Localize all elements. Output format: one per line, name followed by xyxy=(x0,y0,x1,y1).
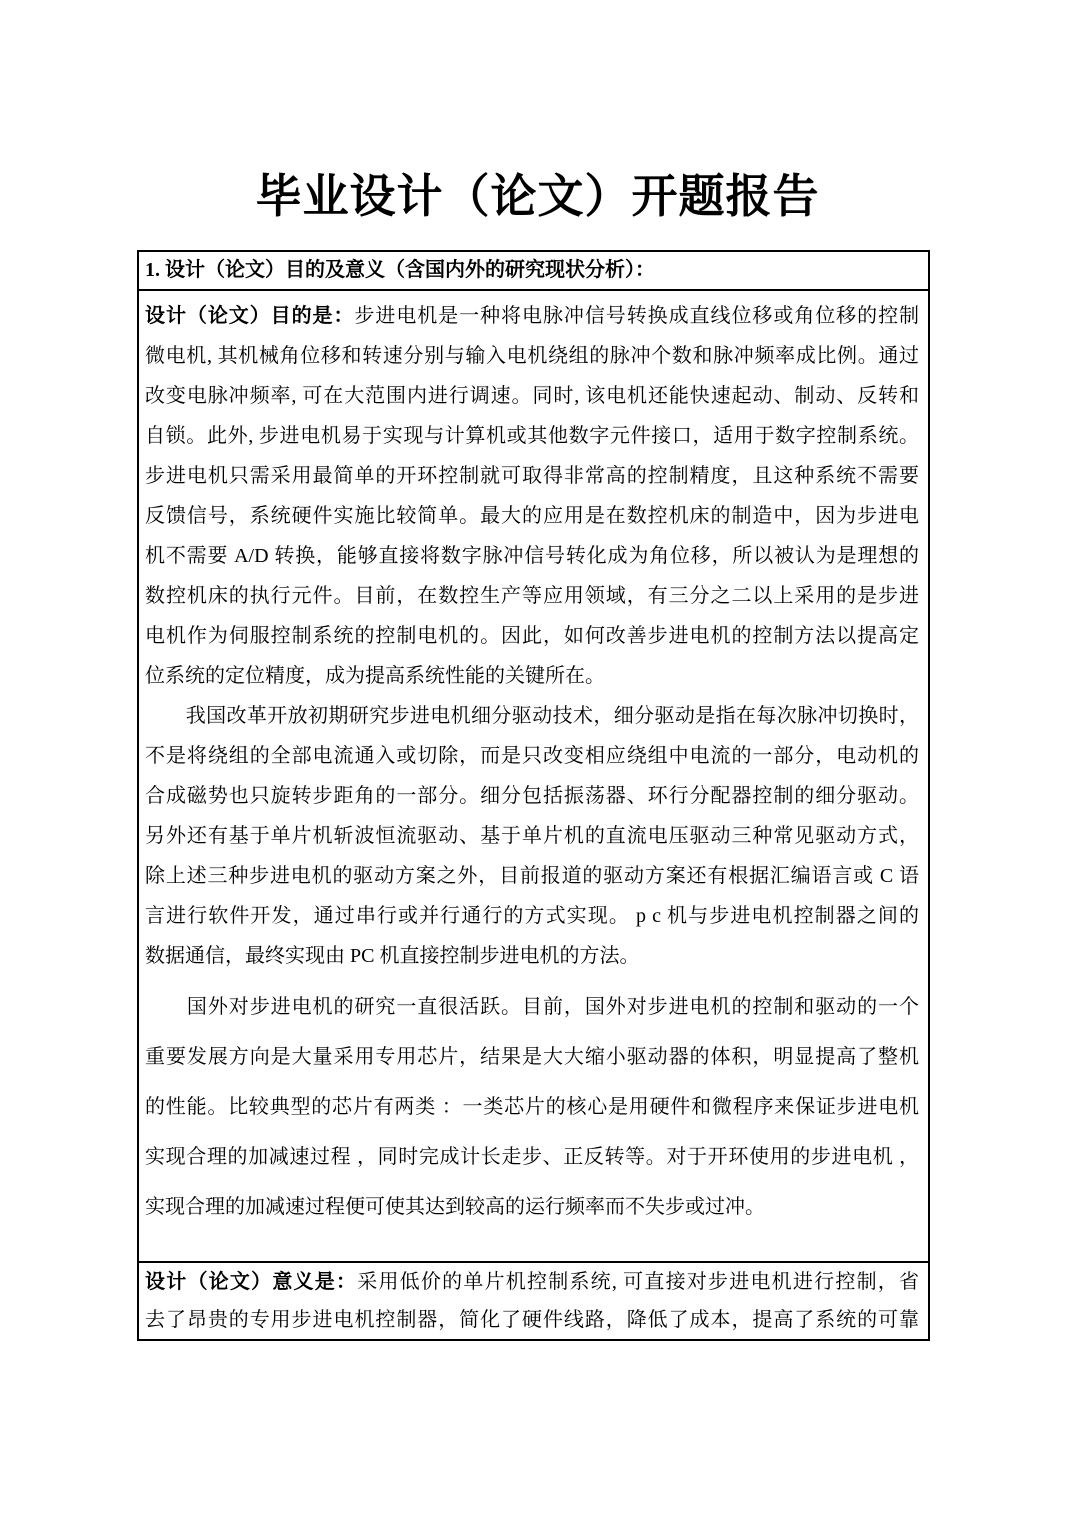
text-line: 设计（论文）目的是：步进电机是一种将电脉冲信号转换成直线位移或角位移的控制 xyxy=(145,296,919,336)
document-page: 毕业设计（论文）开题报告 1. 设计（论文）目的及意义（含国内外的研究现状分析）… xyxy=(0,0,1075,1518)
domestic-research-paragraph: 我国改革开放初期研究步进电机细分驱动技术，细分驱动是指在每次脉冲切换时，不是将绕… xyxy=(145,696,919,976)
purpose-paragraph: 设计（论文）目的是：步进电机是一种将电脉冲信号转换成直线位移或角位移的控制 微电… xyxy=(145,296,919,696)
text-line: 言进行软件开发，通过串行或并行通行的方式实现。 p c 机与步进电机控制器之间的 xyxy=(145,896,919,936)
foreign-research-last-line: 实现合理的加减速过程便可使其达到较高的运行频率而不失步或过冲。 xyxy=(145,1182,919,1232)
text-line: 不是将绕组的全部电流通入或切除，而是只改变相应绕组中电流的一部分，电动机的 xyxy=(145,736,919,776)
text-line: 我国改革开放初期研究步进电机细分驱动技术，细分驱动是指在每次脉冲切换时， xyxy=(145,696,919,736)
text-line: 设计（论文）意义是：采用低价的单片机控制系统, 可直接对步进电机进行控制，省 xyxy=(145,1263,919,1301)
meaning-label: 设计（论文）意义是： xyxy=(145,1271,357,1293)
text-line: 除上述三种步进电机的驱动方案之外，目前报道的驱动方案还有根据汇编语言或 C 语 xyxy=(145,856,919,896)
text-line: 步进电机只需采用最简单的开环控制就可取得非常高的控制精度，且这种系统不需要 xyxy=(145,456,919,496)
report-table: 1. 设计（论文）目的及意义（含国内外的研究现状分析）： 设计（论文）目的是：步… xyxy=(137,250,930,1341)
meaning-cell: 设计（论文）意义是：采用低价的单片机控制系统, 可直接对步进电机进行控制，省 去… xyxy=(139,1263,928,1339)
purpose-last-line: 位系统的定位精度，成为提高系统性能的关键所在。 xyxy=(145,656,919,696)
purpose-first-line-text: 步进电机是一种将电脉冲信号转换成直线位移或角位移的控制 xyxy=(354,305,919,327)
text-line: 改变电脉冲频率, 可在大范围内进行调速。同时, 该电机还能快速起动、制动、反转和 xyxy=(145,376,919,416)
domestic-research-last-line: 数据通信，最终实现由 PC 机直接控制步进电机的方法。 xyxy=(145,936,919,976)
text-line: 反馈信号，系统硬件实施比较简单。最大的应用是在数控机床的制造中，因为步进电 xyxy=(145,496,919,536)
text-line: 机不需要 A/D 转换，能够直接将数字脉冲信号转化成为角位移，所以被认为是理想的 xyxy=(145,536,919,576)
text-line: 电机作为伺服控制系统的控制电机的。因此，如何改善步进电机的控制方法以提高定 xyxy=(145,616,919,656)
text-line: 国外对步进电机的研究一直很活跃。目前，国外对步进电机的控制和驱动的一个 xyxy=(145,982,919,1032)
foreign-research-paragraph: 国外对步进电机的研究一直很活跃。目前，国外对步进电机的控制和驱动的一个重要发展方… xyxy=(145,982,919,1232)
section-1-body-cell: 设计（论文）目的是：步进电机是一种将电脉冲信号转换成直线位移或角位移的控制 微电… xyxy=(139,291,928,1263)
text-line: 另外还有基于单片机斩波恒流驱动、基于单片机的直流电压驱动三种常见驱动方式， xyxy=(145,816,919,856)
text-line: 合成磁势也只旋转步距角的一部分。细分包括振荡器、环行分配器控制的细分驱动。 xyxy=(145,776,919,816)
text-line: 重要发展方向是大量采用专用芯片，结果是大大缩小驱动器的体积，明显提高了整机 xyxy=(145,1032,919,1082)
text-line: 实现合理的加减速过程 ，同时完成计长走步、正反转等。对于开环使用的步进电机 ， xyxy=(145,1132,919,1182)
section-1-header-row: 1. 设计（论文）目的及意义（含国内外的研究现状分析）： xyxy=(139,252,928,291)
text-line: 的性能。比较典型的芯片有两类 ：一类芯片的核心是用硬件和微程序来保证步进电机 xyxy=(145,1082,919,1132)
domestic-research-lines: 我国改革开放初期研究步进电机细分驱动技术，细分驱动是指在每次脉冲切换时，不是将绕… xyxy=(145,696,919,936)
purpose-label: 设计（论文）目的是： xyxy=(145,305,354,327)
meaning-first-line-text: 采用低价的单片机控制系统, 可直接对步进电机进行控制，省 xyxy=(357,1271,919,1293)
text-line: 数控机床的执行元件。目前，在数控生产等应用领域，有三分之二以上采用的是步进 xyxy=(145,576,919,616)
text-line: 微电机, 其机械角位移和转速分别与输入电机绕组的脉冲个数和脉冲频率成比例。通过 xyxy=(145,336,919,376)
meaning-second-line: 去了昂贵的专用步进电机控制器，简化了硬件线路，降低了成本，提高了系统的可靠 xyxy=(145,1301,919,1339)
document-title: 毕业设计（论文）开题报告 xyxy=(0,0,1075,226)
text-line: 自锁。此外, 步进电机易于实现与计算机或其他数字元件接口，适用于数字控制系统。 xyxy=(145,416,919,456)
section-1-header-text: 1. 设计（论文）目的及意义（含国内外的研究现状分析）： xyxy=(145,259,655,281)
purpose-lines: 微电机, 其机械角位移和转速分别与输入电机绕组的脉冲个数和脉冲频率成比例。通过改… xyxy=(145,336,919,656)
foreign-research-lines: 国外对步进电机的研究一直很活跃。目前，国外对步进电机的控制和驱动的一个重要发展方… xyxy=(145,982,919,1182)
